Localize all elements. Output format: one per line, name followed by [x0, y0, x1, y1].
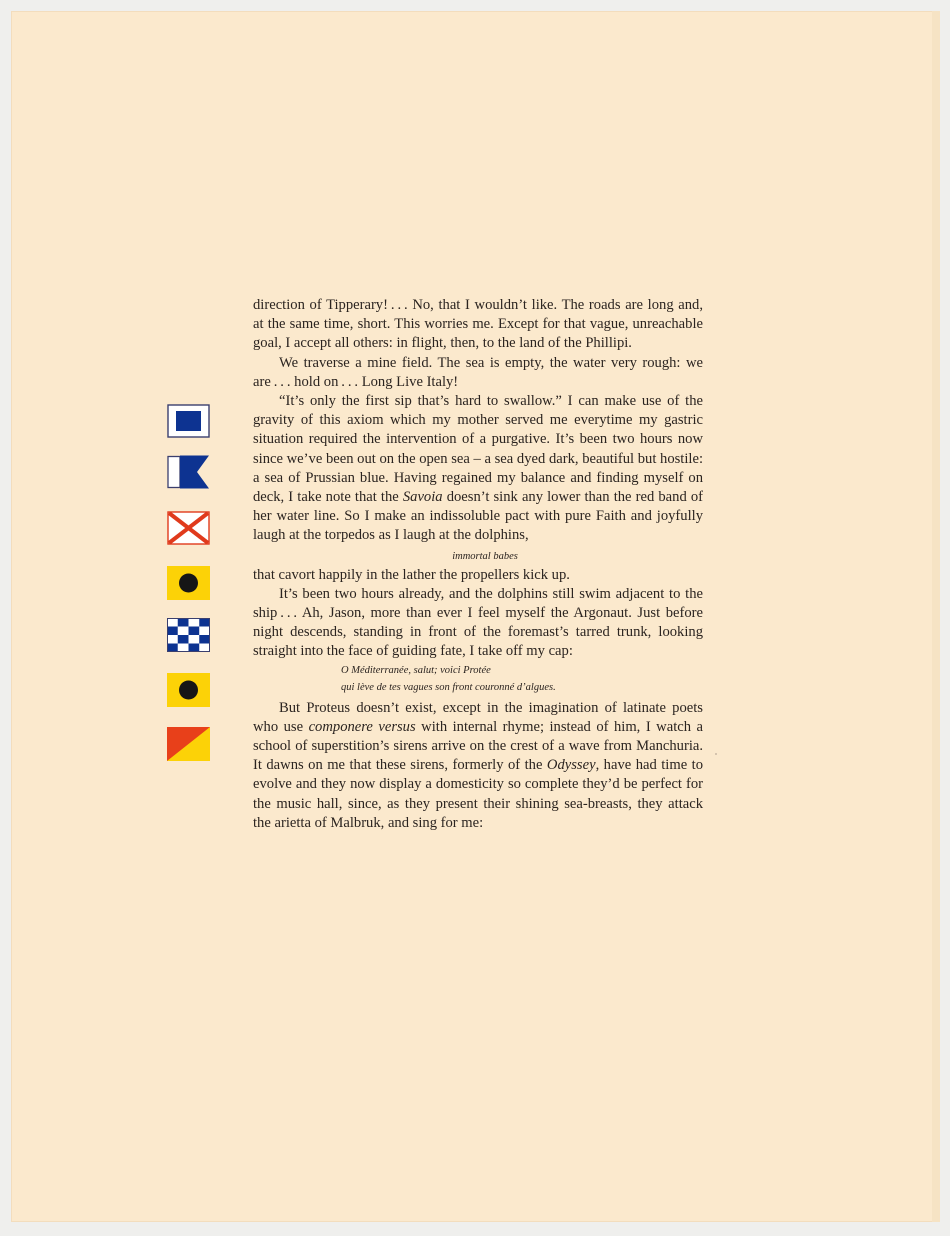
verse-line: qui lève de tes vagues son front couronn…: [341, 679, 703, 696]
italic-odyssey: Odyssey: [547, 757, 596, 773]
verse-line: O Méditerranée, salut; voici Protée: [341, 662, 703, 679]
ship-name-savoia: Savoia: [403, 489, 443, 505]
paragraph-mine-field: We traverse a mine field. The sea is emp…: [253, 354, 703, 392]
signal-flag-v-icon: [167, 511, 210, 545]
paragraph-tipperary: direction of Tipperary! . . . No, that I…: [253, 296, 703, 354]
verse-immortal-babes: immortal babes: [253, 550, 703, 563]
signal-flag-i-2-icon: [167, 673, 210, 707]
signal-flag-p-icon: [167, 404, 210, 438]
paragraph-first-sip: “It’s only the first sip that’s hard to …: [253, 392, 703, 546]
signal-flag-a-icon: [167, 455, 210, 489]
paragraph-two-hours: It’s been two hours already, and the dol…: [253, 585, 703, 662]
signal-flag-n-icon: [167, 618, 210, 652]
sheet-edge: [932, 11, 940, 1222]
signal-flag-o-icon: [167, 727, 210, 761]
paragraph-cavort: that cavort happily in the lather the pr…: [253, 566, 703, 585]
signal-flag-i-icon: [167, 566, 210, 600]
italic-componere-versus: componere versus: [309, 719, 416, 735]
verse-mediterranee: O Méditerranée, salut; voici Protée qui …: [253, 662, 703, 696]
paper-speck: [715, 753, 717, 755]
paragraph-proteus: But Proteus doesn’t exist, except in the…: [253, 699, 703, 833]
body-text: direction of Tipperary! . . . No, that I…: [253, 296, 703, 833]
